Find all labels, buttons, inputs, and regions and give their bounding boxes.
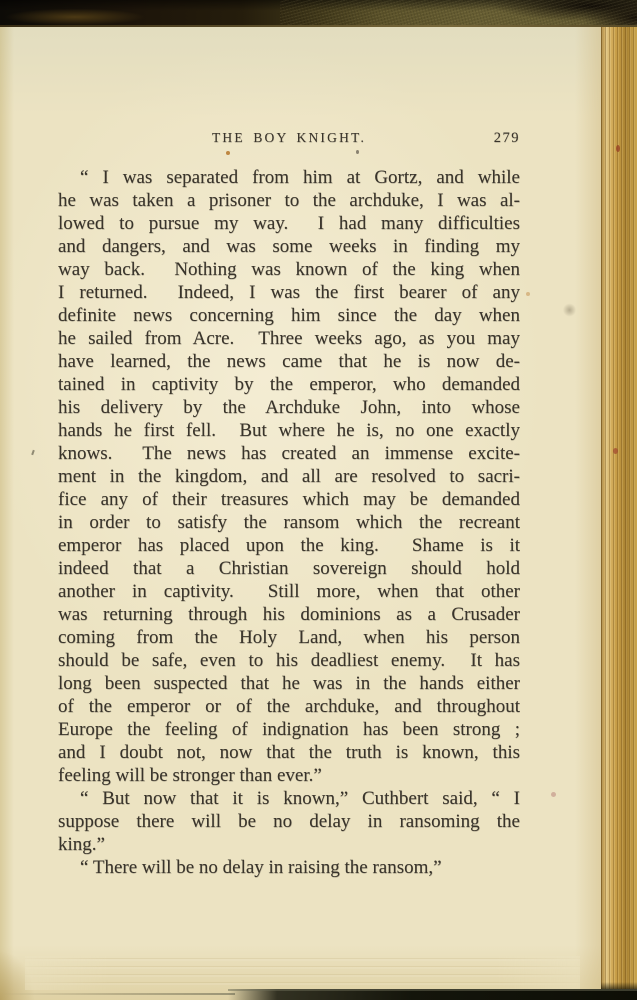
page-number: 279	[494, 130, 520, 147]
text-line: emperor has placed upon the king. Shame …	[58, 534, 520, 557]
text-line: king.”	[58, 833, 520, 856]
text-line: “ But now that it is known,” Cuthbert sa…	[58, 787, 520, 810]
text-line: long been suspected that he was in the h…	[58, 672, 520, 695]
text-line: lowed to pursue my way. I had many diffi…	[58, 212, 520, 235]
text-line: suppose there will be no delay in ransom…	[58, 810, 520, 833]
bottom-edge-line	[0, 993, 235, 995]
text-line: coming from the Holy Land, when his pers…	[58, 626, 520, 649]
page-smudge	[563, 303, 576, 317]
stacked-page-edges	[25, 956, 580, 990]
text-line: feeling will be stronger than ever.”	[58, 764, 520, 787]
text-line: he sailed from Acre. Three weeks ago, as…	[58, 327, 520, 350]
text-line: in order to satisfy the ransom which the…	[58, 511, 520, 534]
text-line: knows. The news has created an immense e…	[58, 442, 520, 465]
book-page: THE BOY KNIGHT. 279 “ I was separated fr…	[0, 26, 601, 1000]
text-line: fice any of their treasures which may be…	[58, 488, 520, 511]
running-title: THE BOY KNIGHT.	[58, 130, 520, 146]
text-line: hands he first fell. But where he is, no…	[58, 419, 520, 442]
cover-cloth-texture	[280, 0, 637, 25]
paragraph: “ There will be no delay in raising the …	[58, 856, 520, 879]
text-line: tained in captivity by the emperor, who …	[58, 373, 520, 396]
page-header: THE BOY KNIGHT. 279	[58, 130, 520, 148]
bottom-shadow-band	[228, 989, 637, 1000]
text-line: his delivery by the Archduke John, into …	[58, 396, 520, 419]
book-gutter-shadow	[0, 0, 637, 27]
text-line: I returned. Indeed, I was the first bear…	[58, 281, 520, 304]
text-line: definite news concerning him since the d…	[58, 304, 520, 327]
text-line: Europe the feeling of indignation has be…	[58, 718, 520, 741]
page-speck	[226, 151, 230, 155]
paragraph: “ But now that it is known,” Cuthbert sa…	[58, 787, 520, 856]
text-line: have learned, the news came that he is n…	[58, 350, 520, 373]
text-line: another in captivity. Still more, when t…	[58, 580, 520, 603]
text-line: indeed that a Christian sovereign should…	[58, 557, 520, 580]
text-line: “ There will be no delay in raising the …	[58, 856, 520, 879]
page-speck	[526, 292, 530, 296]
text-line: and I doubt not, now that the truth is k…	[58, 741, 520, 764]
text-line: of the emperor or of the archduke, and t…	[58, 695, 520, 718]
text-line: was returning through his dominions as a…	[58, 603, 520, 626]
paragraph: “ I was separated from him at Gortz, and…	[58, 166, 520, 787]
text-line: and dangers, and was some weeks in findi…	[58, 235, 520, 258]
text-line: “ I was separated from him at Gortz, and…	[58, 166, 520, 189]
fore-edge-mark	[613, 448, 618, 454]
text-line: he was taken a prisoner to the archduke,…	[58, 189, 520, 212]
text-line: should be safe, even to his deadliest en…	[58, 649, 520, 672]
scanned-book-page: THE BOY KNIGHT. 279 “ I was separated fr…	[0, 0, 637, 1000]
text-line: way back. Nothing was known of the king …	[58, 258, 520, 281]
fore-edge-mark	[616, 145, 620, 152]
page-speck	[356, 150, 359, 154]
page-text: “ I was separated from him at Gortz, and…	[58, 166, 520, 879]
page-speck	[551, 792, 556, 797]
text-line: ment in the kingdom, and all are resolve…	[58, 465, 520, 488]
